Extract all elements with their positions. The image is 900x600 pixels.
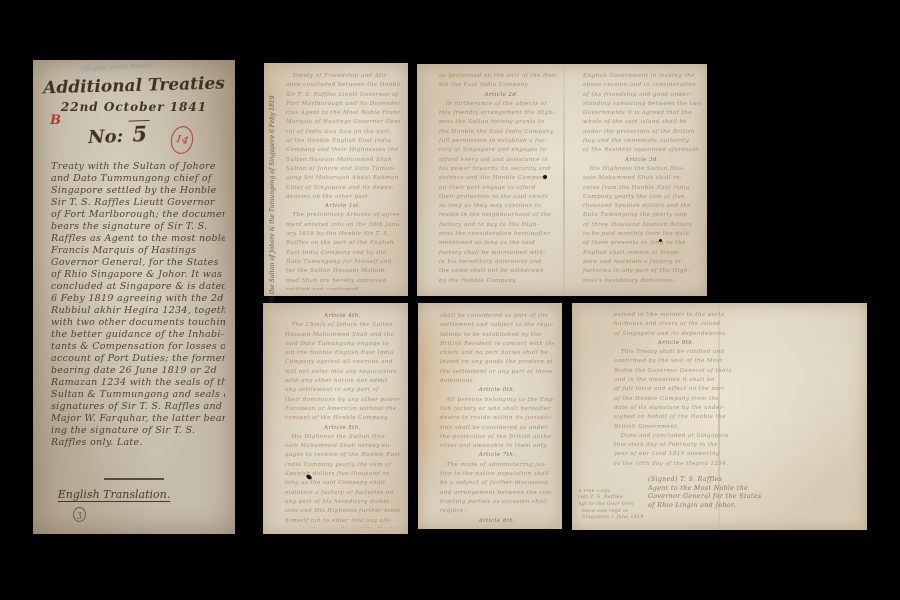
manuscript-line: His Highness the Sultan Hus- bbox=[285, 433, 400, 442]
manuscript-column-left: so performed on the part of the Hon-ble … bbox=[439, 72, 564, 290]
manuscript-line: this sixth day of February in the bbox=[614, 441, 738, 450]
manuscript-line: gong Sri Maharajah Abdul Rahman bbox=[286, 174, 400, 183]
manuscript-line: Rubbiul akhir Hegira 1234, together bbox=[51, 305, 225, 317]
manuscript-line: account of Port Duties; the former bbox=[51, 353, 225, 365]
manuscript-line: so performed on the part of the Hon- bbox=[439, 72, 564, 81]
manuscript-line: of the Honble Company from the bbox=[614, 395, 738, 404]
manuscript-line: ral of India &ca &ca on the part bbox=[286, 128, 400, 137]
manuscript-line: date of its signature by the under- bbox=[614, 404, 738, 413]
manuscript-line: dencies on the other part. bbox=[286, 193, 400, 202]
manuscript-line: whole of the said island shall be bbox=[583, 118, 701, 127]
manuscript-line: Treaty of Friendship and Alli- bbox=[286, 72, 400, 81]
manuscript-line: of three thousand Spanish dollars bbox=[583, 221, 701, 230]
article-heading: Article 7th. bbox=[440, 451, 554, 460]
cover-title: Additional Treaties bbox=[33, 73, 235, 98]
manuscript-line: ions and His Highness further binds bbox=[285, 507, 400, 516]
manuscript-line: afford every aid and assistance in bbox=[439, 156, 564, 165]
manuscript-line: Agt to the Govr Genl bbox=[578, 502, 634, 508]
treaty-page-3: shall be considered as part of thesettle… bbox=[418, 303, 562, 529]
manuscript-line: extend in like manner to the ports bbox=[614, 311, 738, 320]
manuscript-line: their dominions by any other power bbox=[285, 396, 400, 405]
article-heading: Article 1st. bbox=[286, 202, 400, 211]
manuscript-line: med Shah are hereby approved bbox=[286, 277, 400, 286]
manuscript-line: Singapore 1 June 1819 bbox=[582, 515, 644, 521]
manuscript-line: ceive from the Honble East India bbox=[583, 184, 701, 193]
manuscript-text-block: shall be considered as part of thesettle… bbox=[440, 312, 554, 523]
manuscript-line: Sultan Hussain Mahummed Shah bbox=[286, 156, 400, 165]
manuscript-line: confirmed by the seal of the Most bbox=[614, 357, 738, 366]
manuscript-line: tracting parties as occasion shall bbox=[440, 498, 554, 507]
manuscript-line: Company yearly the sum of five bbox=[583, 193, 701, 202]
manuscript-line: English shall remain at Singa- bbox=[583, 249, 701, 258]
manuscript-line: mentioned so long as the said bbox=[439, 239, 564, 248]
manuscript-line: and in the meantime it shall be bbox=[614, 376, 738, 385]
manuscript-line: factories in any part of His High- bbox=[583, 267, 701, 276]
manuscript-line: to be paid monthly from the date bbox=[583, 230, 701, 239]
pencil-docket-note: (illegible pencil docket) bbox=[81, 62, 153, 73]
manuscript-line: sain Mahummed Shah shall re- bbox=[583, 174, 701, 183]
manuscript-line: to the 10th day of the Hegira 1234. bbox=[614, 460, 738, 469]
manuscript-line: of Rhio Singapore & Johor. It was bbox=[51, 269, 225, 281]
manuscript-line: lations to be established by the bbox=[440, 331, 554, 340]
manuscript-line: the Honble the East India Company bbox=[439, 128, 564, 137]
manuscript-line: The preliminary Articles of agree- bbox=[286, 211, 400, 220]
manuscript-line: of Fort Marlborough; the document bbox=[51, 209, 225, 221]
manuscript-line: This Treaty shall be ratified and bbox=[614, 348, 738, 357]
treaty-page-1: Treaty with the Sultan of Johore & the T… bbox=[264, 63, 408, 296]
manuscript-line: The Chiefs of Johore the Sultan bbox=[285, 321, 400, 330]
cover-description: Treaty with the Sultan of Johoreand Dato… bbox=[51, 161, 225, 451]
manuscript-line: ness the Sultan hereby grants to bbox=[439, 118, 564, 127]
manuscript-line: long as the said Company shall bbox=[285, 479, 400, 488]
manuscript-line: the settlement or any part of these bbox=[440, 368, 554, 377]
manuscript-line: British Resident in concert with the bbox=[440, 340, 554, 349]
manuscript-line: chiefs and no port duties shall be bbox=[440, 349, 554, 358]
marginal-certification-note: A true Copy(sd) T. S. RafflesAgt to the … bbox=[578, 489, 634, 508]
margin-docket-note: Treaty with the Sultan of Johore & the T… bbox=[269, 95, 276, 331]
manuscript-line: any settlement in any part of bbox=[285, 386, 400, 395]
manuscript-line: Sultan & Tummungong and seals and bbox=[51, 389, 225, 401]
manuscript-line: ance to the prejudice of the Honble bbox=[285, 526, 400, 528]
manuscript-line: dominions. bbox=[440, 377, 554, 386]
manuscript-line: harbours and rivers of the island bbox=[614, 320, 738, 329]
manuscript-line: Sir T. S. Raffles Lieutt Governor of bbox=[286, 91, 400, 100]
manuscript-line: tion shall be considered as under bbox=[440, 424, 554, 433]
manuscript-line: their protection to the said chiefs bbox=[439, 193, 564, 202]
manuscript-line: Treaty with the Sultan of Johore bbox=[51, 161, 225, 173]
manuscript-line: himself not to enter into any alli- bbox=[285, 517, 400, 526]
manuscript-line: ary 1819 by the Honble Sir T. S. bbox=[286, 230, 400, 239]
manuscript-line: Done and concluded at Singapore bbox=[614, 432, 738, 441]
manuscript-line: ratified and confirmed. bbox=[286, 286, 400, 290]
manuscript-line: Francis Marquis of Hastings bbox=[51, 245, 225, 257]
manuscript-line: of the Honble English East India bbox=[286, 137, 400, 146]
manuscript-line: be a subject of further discussion bbox=[440, 479, 554, 488]
manuscript-line: Raffles as Agent to the most noble bbox=[51, 233, 225, 245]
manuscript-line: of the friendship and good under- bbox=[583, 91, 701, 100]
ink-blot bbox=[659, 239, 662, 242]
cover-date: 22nd October 1841 bbox=[33, 100, 235, 114]
article-heading: Article 4th. bbox=[285, 312, 400, 321]
manuscript-line: bears the signature of Sir T. S. bbox=[51, 221, 225, 233]
manuscript-line: Dato Tumungong for himself and bbox=[286, 258, 400, 267]
treaty-spread-1: so performed on the part of the Hon-ble … bbox=[417, 64, 707, 296]
manuscript-line: Raffles on the part of the English bbox=[286, 239, 400, 248]
manuscript-line: gages to receive of the Honble East bbox=[285, 451, 400, 460]
manuscript-line: Marquis of Hastings Governor Gene- bbox=[286, 118, 400, 127]
manuscript-line: tory at Singapore and engages to bbox=[439, 146, 564, 155]
manuscript-line: English Government in making the bbox=[583, 72, 701, 81]
manuscript-line: and arrangement between the con- bbox=[440, 489, 554, 498]
manuscript-line: sain Mahummed Shah hereby en- bbox=[285, 442, 400, 451]
document-number-value: 5 bbox=[129, 120, 151, 147]
manuscript-line: Noble the Governor General of India bbox=[614, 367, 738, 376]
manuscript-line: pore and maintain a factory or bbox=[583, 258, 701, 267]
manuscript-line: (Signed) T. S. Raffles bbox=[648, 476, 761, 485]
signature-block: (Signed) T. S. RafflesAgent to the Most … bbox=[648, 476, 761, 510]
cover-page: (illegible pencil docket) Additional Tre… bbox=[33, 60, 235, 534]
manuscript-line: lish factory or who shall hereafter bbox=[440, 405, 554, 414]
manuscript-line: Spanish dollars five thousand so bbox=[285, 470, 400, 479]
manuscript-line: any part of his hereditary domin- bbox=[285, 498, 400, 507]
ink-blot bbox=[543, 175, 547, 179]
article-heading: Article 9th. bbox=[614, 339, 738, 348]
manuscript-line: signed on behalf of the Honble the bbox=[614, 413, 738, 422]
manuscript-line: rities and amenable to them only. bbox=[440, 442, 554, 451]
article-heading: Article 2d. bbox=[439, 91, 564, 100]
article-heading: Article 5th. bbox=[285, 424, 400, 433]
paraph-mark: ʒ bbox=[73, 507, 86, 522]
manuscript-column-right bbox=[748, 311, 858, 524]
manuscript-text-block: Treaty of Friendship and Alli-ance concl… bbox=[286, 72, 400, 290]
manuscript-line: of Singapore and its dependencies. bbox=[614, 330, 738, 339]
manuscript-line: his power towards its security and bbox=[439, 165, 564, 174]
manuscript-line: Agent to the Most Noble the bbox=[648, 485, 761, 494]
red-circled-number-value: 14 bbox=[175, 133, 190, 146]
manuscript-line: factory and to pay to His High- bbox=[439, 221, 564, 230]
manuscript-line: of Rhio Lingin and Johor. bbox=[648, 502, 761, 511]
manuscript-line: cies Agent to the Most Noble Francis bbox=[286, 109, 400, 118]
manuscript-line: with two other documents touching bbox=[51, 317, 225, 329]
manuscript-line: factory shall be maintained with- bbox=[439, 249, 564, 258]
manuscript-line: Governments it is agreed that the bbox=[583, 109, 701, 118]
manuscript-line: Governor General for the States bbox=[648, 493, 761, 502]
manuscript-line: East India Company and by the bbox=[286, 249, 400, 258]
manuscript-line: the same shall not be withdrawn bbox=[439, 267, 564, 276]
manuscript-text-block: Article 4th. The Chiefs of Johore the Su… bbox=[285, 312, 400, 528]
manuscript-line: flag and the immediate authority bbox=[583, 137, 701, 146]
manuscript-line: on their part engage to afford bbox=[439, 184, 564, 193]
manuscript-line: His Highness the Sultan Hus- bbox=[583, 165, 701, 174]
manuscript-line: and Dato Tummungong chief of bbox=[51, 173, 225, 185]
manuscript-line: standing subsisting between the two bbox=[583, 100, 701, 109]
manuscript-line: European or American without the bbox=[285, 405, 400, 414]
manuscript-line: the better guidance of the Inhabi- bbox=[51, 329, 225, 341]
manuscript-column-right: English Government in making theabove ce… bbox=[583, 72, 701, 290]
manuscript-line: The mode of administering jus- bbox=[440, 461, 554, 470]
manuscript-line: Company and their Highnesses the bbox=[286, 146, 400, 155]
manuscript-line: aid the Honble English East India bbox=[285, 349, 400, 358]
manuscript-line: Company against all enemies and bbox=[285, 358, 400, 367]
marginal-registry-note: Recd and regd atSingapore 1 June 1819 bbox=[582, 509, 644, 522]
manuscript-line: thousand Spanish dollars and the bbox=[583, 202, 701, 211]
manuscript-line: will not enter into any negociation bbox=[285, 368, 400, 377]
article-heading: Article 6th. bbox=[440, 386, 554, 395]
manuscript-line: ness the consideration hereinafter bbox=[439, 230, 564, 239]
manuscript-line: Dato Tumungong the yearly sum bbox=[583, 211, 701, 220]
manuscript-line: bearing date 26 June 1819 or 2d bbox=[51, 365, 225, 377]
treaty-spread-2: extend in like manner to the portsharbou… bbox=[572, 303, 867, 530]
document-number-prefix: No: bbox=[88, 126, 124, 148]
manuscript-line: require. bbox=[440, 507, 554, 516]
manuscript-line: Sultan of Johore and Dato Tumun- bbox=[286, 165, 400, 174]
manuscript-line: consent of the Honble Company. bbox=[285, 414, 400, 423]
manuscript-line: reside in the neighbourhood of the bbox=[439, 211, 564, 220]
divider-rule bbox=[104, 478, 164, 480]
manuscript-line: said Dato Tumungong engage to bbox=[285, 340, 400, 349]
manuscript-line: Raffles only. Late. bbox=[51, 437, 225, 449]
manuscript-line: Fort Marlborough and its Dependen- bbox=[286, 100, 400, 109]
manuscript-line: 6 Feby 1819 agreeing with the 2d bbox=[51, 293, 225, 305]
manuscript-line: ing the signature of Sir T. S. bbox=[51, 425, 225, 437]
manuscript-line: for the Sultan Hussain Mahum- bbox=[286, 267, 400, 276]
manuscript-line: this friendly arrangement His High- bbox=[439, 109, 564, 118]
manuscript-line: with any other nation nor admit bbox=[285, 377, 400, 386]
manuscript-line: tants & Compensation for losses on bbox=[51, 341, 225, 353]
manuscript-line: of full force and effect on the part bbox=[614, 385, 738, 394]
manuscript-line: year of our Lord 1819 answering bbox=[614, 450, 738, 459]
manuscript-line: in his hereditary dominions and bbox=[439, 258, 564, 267]
manuscript-line: ment entered into on the 30th Janu- bbox=[286, 221, 400, 230]
manuscript-line: ness's hereditary dominions. bbox=[583, 277, 701, 286]
manuscript-line: settlement and subject to the regu- bbox=[440, 321, 554, 330]
manuscript-line: Major W. Farquhar, the latter bear- bbox=[51, 413, 225, 425]
manuscript-line: Governor General, for the States bbox=[51, 257, 225, 269]
treaty-page-2: Article 4th. The Chiefs of Johore the Su… bbox=[263, 303, 408, 534]
manuscript-line: so long as they may continue to bbox=[439, 202, 564, 211]
manuscript-line: tice to the native population shall bbox=[440, 470, 554, 479]
manuscript-line: British Government. bbox=[614, 423, 738, 432]
manuscript-line: Sir T. S. Raffles Lieutt Governor bbox=[51, 197, 225, 209]
manuscript-line: ble the East India Company. bbox=[439, 81, 564, 90]
manuscript-line: full permission to establish a fac- bbox=[439, 137, 564, 146]
manuscript-line: levied on any goods the produce of bbox=[440, 358, 554, 367]
manuscript-line: maintain a factory or factories on bbox=[285, 489, 400, 498]
article-heading: Article 8th. bbox=[440, 517, 554, 523]
manuscript-line: desire to reside within its jurisdic- bbox=[440, 414, 554, 423]
manuscript-line: In furtherance of the objects of bbox=[439, 100, 564, 109]
manuscript-line: Singapore settled by the Honble bbox=[51, 185, 225, 197]
manuscript-line: under the protection of the British bbox=[583, 128, 701, 137]
manuscript-line: Ramazan 1234 with the seals of the bbox=[51, 377, 225, 389]
manuscript-line: ance concluded between the Honble bbox=[286, 81, 400, 90]
manuscript-scan-board: (illegible pencil docket) Additional Tre… bbox=[0, 0, 900, 600]
manuscript-line: Chief of Singapore and its depen- bbox=[286, 184, 400, 193]
english-translation-label: English Translation. bbox=[33, 488, 195, 501]
manuscript-line: concluded at Singapore & is dated bbox=[51, 281, 225, 293]
manuscript-line: above cession and in consideration bbox=[583, 81, 701, 90]
manuscript-line: shall be considered as part of the bbox=[440, 312, 554, 321]
manuscript-line: the protection of the British autho- bbox=[440, 433, 554, 442]
article-heading: Article 3d. bbox=[583, 156, 701, 165]
manuscript-line: All persons belonging to the Eng- bbox=[440, 396, 554, 405]
manuscript-line: by the Honble Company. bbox=[439, 277, 564, 286]
manuscript-line: signatures of Sir T. S. Raffles and bbox=[51, 401, 225, 413]
manuscript-line: India Company yearly the sum of bbox=[285, 461, 400, 470]
manuscript-line: of these presents so long as the bbox=[583, 239, 701, 248]
manuscript-line: Hussain Mahummed Shah and the bbox=[285, 331, 400, 340]
manuscript-line: of the Resident appointed aforesaid. bbox=[583, 146, 701, 155]
